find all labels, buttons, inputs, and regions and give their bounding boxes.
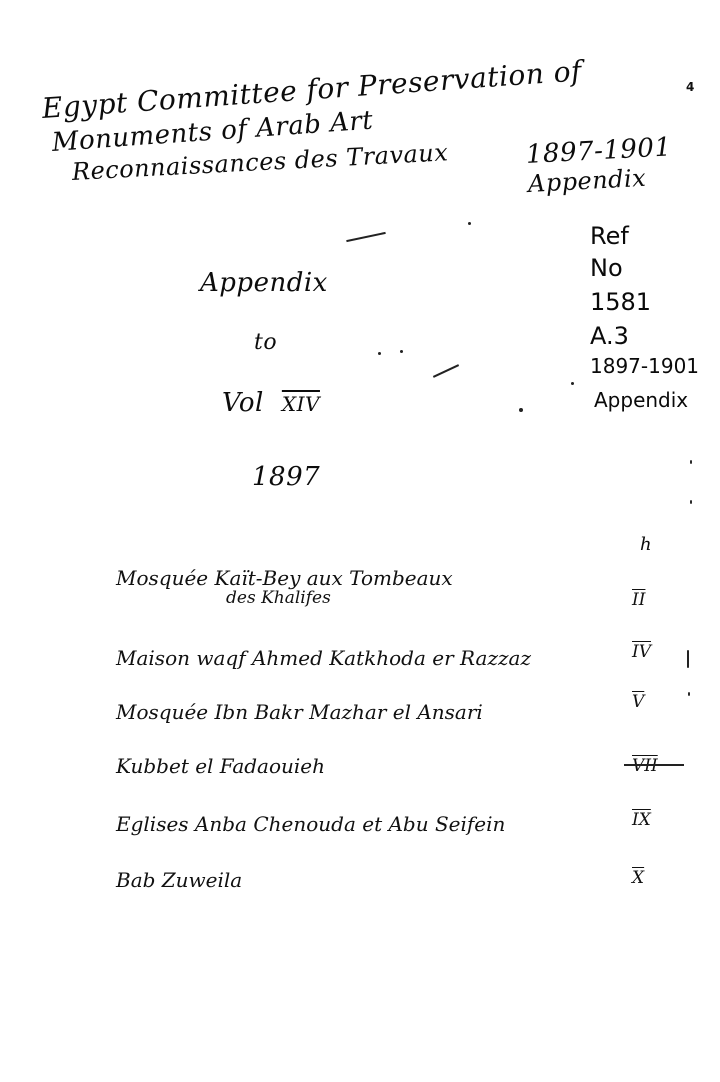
title-vol: VolXIV — [222, 388, 320, 418]
scan-speck — [690, 500, 692, 504]
scan-speck — [690, 460, 692, 464]
arrow-stroke — [624, 764, 684, 766]
ref-number: 1581 — [590, 288, 651, 316]
entry-page: II — [632, 590, 645, 610]
entry-title: Eglises Anba Chenouda et Abu Seifein — [116, 812, 505, 836]
vol-label: Vol — [222, 388, 264, 418]
list-item: Eglises Anba Chenouda et Abu Seifein — [116, 812, 505, 836]
entry-subtitle: des Khalifes — [226, 588, 453, 608]
entry-page: IX — [632, 810, 651, 830]
ref-number-label: No — [590, 254, 623, 282]
ref-note: Appendix — [594, 388, 688, 412]
entry-title: Mosquée Ibn Bakr Mazhar el Ansari — [116, 700, 483, 724]
ref-years: 1897-1901 — [590, 354, 699, 378]
corner-mark: 4 — [686, 80, 694, 94]
scan-speck — [688, 692, 690, 696]
list-item: Kubbet el Fadaouieh — [116, 754, 325, 778]
list-item: Bab Zuweila — [116, 868, 242, 892]
entry-title: Maison waqf Ahmed Katkhoda er Razzaz — [116, 646, 531, 670]
ref-series: A.3 — [590, 322, 629, 350]
title-year: 1897 — [252, 462, 320, 492]
entry-title: Bab Zuweila — [116, 868, 242, 892]
scan-speck — [687, 650, 689, 668]
scan-speck — [468, 222, 471, 225]
scan-speck — [378, 352, 381, 355]
entry-page: X — [632, 868, 644, 888]
scan-speck — [571, 382, 574, 385]
list-item: Mosquée Kaït-Bey aux Tombeaux des Khalif… — [116, 566, 453, 608]
entry-page: VII — [632, 756, 658, 776]
list-item: Mosquée Ibn Bakr Mazhar el Ansari — [116, 700, 483, 724]
scan-speck — [519, 408, 523, 412]
header-appendix: Appendix — [527, 164, 647, 198]
entry-page: V — [632, 692, 644, 712]
title-appendix: Appendix — [200, 268, 328, 298]
scan-speck — [400, 350, 403, 353]
entry-title: Kubbet el Fadaouieh — [116, 754, 325, 778]
entry-page: IV — [632, 642, 651, 662]
vol-number: XIV — [282, 392, 320, 416]
header-years: 1897-1901 — [525, 132, 672, 170]
entry-title: Mosquée Kaït-Bey aux Tombeaux — [116, 566, 453, 590]
first-page-mark: h — [640, 534, 652, 555]
list-item: Maison waqf Ahmed Katkhoda er Razzaz — [116, 646, 531, 670]
title-to: to — [254, 330, 277, 355]
stray-stroke — [433, 364, 459, 378]
ref-label: Ref — [590, 222, 629, 250]
stray-stroke — [346, 232, 386, 242]
